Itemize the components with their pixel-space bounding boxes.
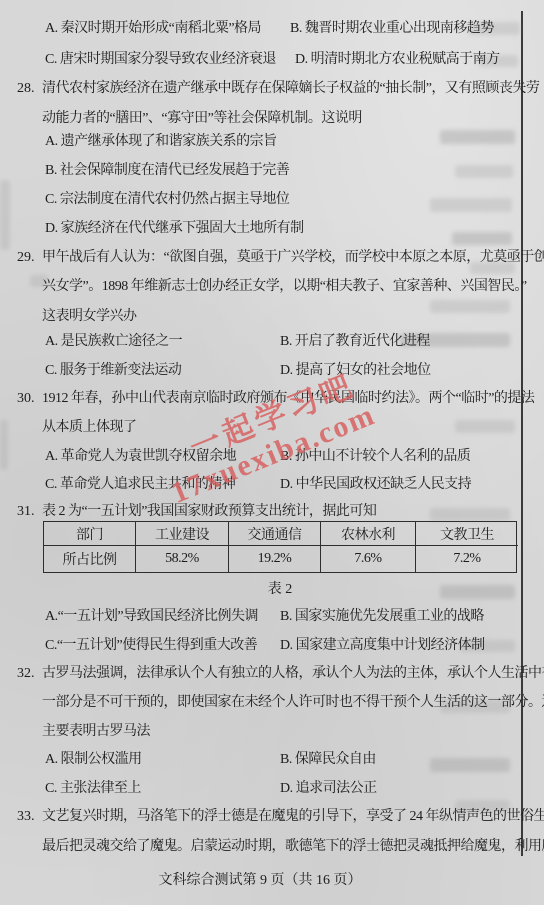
q31-option-c: C.“一五计划”使得民生得到重大改善: [45, 637, 257, 655]
table-header-cell: 交通通信: [229, 522, 321, 546]
q32-option-b: B. 保障民众自由: [280, 751, 376, 769]
q29-option-b: B. 开启了教育近代化进程: [280, 333, 430, 351]
q33-stem-line-2: 最后把灵魂交给了魔鬼。启蒙运动时期，歌德笔下的浮士德把灵魂抵押给魔鬼，利用魔: [42, 838, 544, 856]
q27-option-a: A. 秦汉时期开始形成“南稻北粟”格局: [45, 20, 261, 38]
page-fold-rule: [521, 11, 523, 856]
q29-stem-line-1: 29.甲午战后有人认为：“欲图自强，莫亟于广兴学校，而学校中本原之本原，尤莫亟于…: [17, 249, 544, 267]
q32-option-c: C. 主张法律至上: [45, 780, 141, 798]
scan-artifact: [430, 198, 512, 212]
table-value-cell: 7.6%: [321, 546, 416, 572]
q28-option-a: A. 遗产继承体现了和谐家族关系的宗旨: [45, 133, 277, 151]
q30-option-d: D. 中华民国政权还缺乏人民支持: [280, 476, 471, 494]
table-header-cell: 工业建设: [136, 522, 229, 546]
table-value-cell: 7.2%: [416, 546, 518, 572]
q30-option-c: C. 革命党人追求民主共和的精神: [45, 476, 235, 494]
q30-option-a: A. 革命党人为袁世凯夺权留余地: [45, 448, 236, 466]
q28-number: 28.: [17, 80, 42, 98]
q33-number: 33.: [17, 808, 42, 826]
scan-artifact: [452, 232, 512, 245]
table-caption: 表 2: [43, 578, 517, 598]
q28-option-d: D. 家族经济在代代继承下强固大土地所有制: [45, 220, 304, 238]
q31-stem-line-1: 31.表 2 为“一五计划”我国国家财政预算支出统计，据此可知: [17, 503, 376, 521]
q32-option-d: D. 追求司法公正: [280, 780, 377, 798]
page-footer: 文科综合测试第 9 页（共 16 页）: [0, 869, 520, 889]
table-header-cell: 部门: [44, 522, 136, 546]
q29-stem-line-3: 这表明女学兴办: [42, 308, 137, 326]
q31-budget-table: 部门 工业建设 交通通信 农林水利 文教卫生 所占比例 58.2% 19.2% …: [43, 521, 517, 573]
scan-artifact: [430, 758, 510, 772]
q31-number: 31.: [17, 503, 42, 521]
scan-artifact: [430, 300, 510, 313]
scan-artifact: [430, 508, 510, 521]
table-header-cell: 文教卫生: [416, 522, 518, 546]
q31-option-a: A.“一五计划”导致国民经济比例失调: [45, 608, 258, 626]
q32-option-a: A. 限制公权滥用: [45, 751, 142, 769]
q28-stem-line-2: 动能力者的“膳田”、“寡守田”等社会保障机制。这说明: [42, 110, 362, 128]
q27-option-b: B. 魏晋时期农业重心出现南移趋势: [290, 20, 494, 38]
scan-artifact: [0, 420, 8, 470]
q31-option-d: D. 国家建立高度集中计划经济体制: [280, 637, 485, 655]
q29-stem-line-2: 兴女学”。1898 年维新志士创办经正女学，以期“相夫教子、宜家善种、兴国智民。…: [42, 278, 527, 296]
table-value-cell: 58.2%: [136, 546, 229, 572]
q28-stem-line-1: 28.清代农村家族经济在遗产继承中既存在保障嫡长子权益的“抽长制”，又有照顾丧失…: [17, 80, 539, 98]
q30-stem-line-1: 30.1912 年春，孙中山代表南京临时政府颁布《中华民国临时约法》。两个“临时…: [17, 390, 534, 408]
q32-number: 32.: [17, 665, 42, 683]
q27-option-d: D. 明清时期北方农业税赋高于南方: [295, 51, 500, 69]
q30-number: 30.: [17, 390, 42, 408]
q28-option-b: B. 社会保障制度在清代已经发展趋于完善: [45, 162, 289, 180]
q27-option-c: C. 唐宋时期国家分裂导致农业经济衰退: [45, 51, 276, 69]
q32-stem-line-1: 32.古罗马法强调，法律承认个人有独立的人格，承认个人为法的主体，承认个人生活中…: [17, 665, 544, 683]
table-row-label: 所占比例: [44, 546, 136, 572]
scan-artifact: [0, 180, 10, 250]
scan-artifact: [455, 420, 515, 433]
scan-artifact: [440, 130, 515, 144]
q29-number: 29.: [17, 249, 42, 267]
q30-stem-line-2: 从本质上体现了: [42, 419, 137, 437]
q29-option-a: A. 是民族救亡途径之一: [45, 333, 182, 351]
q28-option-c: C. 宗法制度在清代农村仍然占据主导地位: [45, 191, 289, 209]
q31-option-b: B. 国家实施优先发展重工业的战略: [280, 608, 484, 626]
scan-artifact: [455, 165, 513, 178]
table-value-cell: 19.2%: [229, 546, 321, 572]
q30-option-b: B. 孙中山不计较个人名利的品质: [280, 448, 470, 466]
q33-stem-line-1: 33.文艺复兴时期，马洛笔下的浮士德是在魔鬼的引导下，享受了 24 年纵情声色的…: [17, 808, 544, 826]
q32-stem-line-3: 主要表明古罗马法: [42, 723, 150, 741]
q29-option-c: C. 服务于维新变法运动: [45, 362, 181, 380]
scanned-exam-page: { "page": { "footer": "文科综合测试第 9 页（共 16 …: [0, 0, 544, 905]
q29-option-d: D. 提高了妇女的社会地位: [280, 362, 431, 380]
q32-stem-line-2: 一部分是不可干预的，即使国家在未经个人许可时也不得干预个人生活的这一部分。这: [42, 694, 544, 712]
table-header-cell: 农林水利: [321, 522, 416, 546]
